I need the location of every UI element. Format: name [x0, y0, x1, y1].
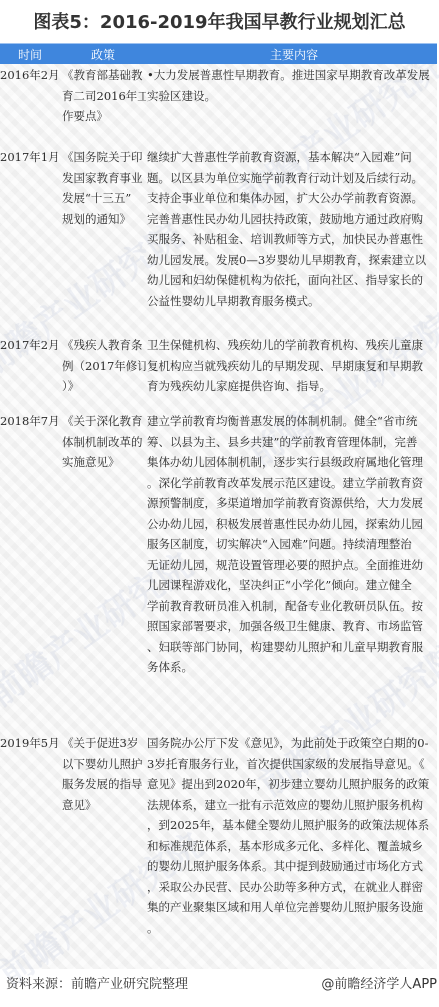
cell-time: 2016年2月 [0, 65, 60, 86]
content-line: 公办幼儿园，积极发展普惠性民办幼儿园，探索幼儿园 [147, 514, 431, 535]
policy-line: 服务发展的指导 [62, 774, 146, 795]
policy-line: 《教育部基础教 [62, 65, 146, 86]
policy-line: 作要点》 [62, 106, 146, 127]
source-note: 资料来源：前瞻产业研究院整理 [6, 973, 188, 992]
cell-policy: 《残疾人教育条 例（2017年修订 ）》 [62, 335, 146, 397]
content-line: 集体办幼儿园体制机制，逐步实行县级政府属地化管理 [147, 452, 431, 473]
footer: 资料来源：前瞻产业研究院整理 @前瞻经济学人APP [0, 973, 439, 993]
content-line: 的婴幼儿照护服务体系。其中提到鼓励通过市场化方式 [147, 856, 431, 877]
policy-line: 发国家教育事业 [62, 168, 146, 189]
policy-line: ）》 [62, 376, 146, 397]
cell-time: 2019年5月 [0, 733, 60, 754]
cell-content: 继续扩大普惠性学前教育资源，基本解决“入园难”问 题。以区县为单位实施学前教育行… [147, 147, 431, 311]
content-line: 买服务、补贴租金、培训教师等方式，加快民办普惠性 [147, 229, 431, 250]
content-line: 照国家部署要求，加强各级卫生健康、教育、市场监管 [147, 616, 431, 637]
content-line: 。深化学前教育改革发展示范区建设。建立学前教育资 [147, 473, 431, 494]
content-line: 完善普惠性民办幼儿园扶持政策，鼓励地方通过政府购 [147, 209, 431, 230]
content-line: 集的产业聚集区域和用人单位完善婴幼儿照护服务设施 [147, 897, 431, 918]
content-line: 复机构应当就残疾幼儿的早期发现、早期康复和早期教 [147, 356, 431, 377]
cell-time: 2017年2月 [0, 335, 60, 356]
content-line: 服务区制度，切实解决“入园难”问题。持续清理整治 [147, 534, 431, 555]
cell-policy: 《关于促进3岁 以下婴幼儿照护 服务发展的指导 意见》 [62, 733, 146, 815]
content-line: 务体系。 [147, 657, 431, 678]
content-line: 公益性婴幼儿早期教育服务模式。 [147, 291, 431, 312]
content-line: 儿园课程游戏化，坚决纠正“小学化”倾向。建立健全 [147, 575, 431, 596]
content-line: ，采取公办民营、民办公助等多种方式，在就业人群密 [147, 877, 431, 898]
cell-time: 2017年1月 [0, 147, 60, 168]
policy-line: 以下婴幼儿照护 [62, 754, 146, 775]
content-line: 幼儿园和妇幼保健机构为依托，面向社区、指导家长的 [147, 270, 431, 291]
content-line: 筹、以县为主、县乡共建”的学前教育管理体制，完善 [147, 432, 431, 453]
table-header: 时间 政策 主要内容 [0, 43, 437, 64]
policy-line: 意见》 [62, 795, 146, 816]
cell-policy: 《教育部基础教 育二司2016年工 作要点》 [62, 65, 146, 127]
content-line: 卫生保健机构、残疾幼儿的学前教育机构、残疾儿童康 [147, 335, 431, 356]
policy-line: 《关于促进3岁 [62, 733, 146, 754]
policy-line: 《国务院关于印 [62, 147, 146, 168]
cell-time: 2018年7月 [0, 411, 60, 432]
content-line: 育为残疾幼儿家庭提供咨询、指导。 [147, 376, 431, 397]
policy-line: 实施意见》 [62, 452, 146, 473]
content-line: 3岁托育服务行业，首次提供国家级的发展指导意见。《 [147, 754, 431, 775]
policy-line: 育二司2016年工 [62, 86, 146, 107]
content-line: 意见》提出到2020年，初步建立婴幼儿照护服务的政策 [147, 774, 431, 795]
cell-content: 卫生保健机构、残疾幼儿的学前教育机构、残疾儿童康 复机构应当就残疾幼儿的早期发现… [147, 335, 431, 397]
content-line: 继续扩大普惠性学前教育资源，基本解决“入园难”问 [147, 147, 431, 168]
content-line: •大力发展普惠性早期教育。推进国家早期教育改革发展 [147, 65, 431, 86]
content-line: 实验区建设。 [147, 86, 431, 107]
cell-content: •大力发展普惠性早期教育。推进国家早期教育改革发展 实验区建设。 [147, 65, 431, 106]
content-line: 建立学前教育均衡普惠发展的体制机制。健全“省市统 [147, 411, 431, 432]
content-line: 支持企事业单位和集体办园，扩大公办学前教育资源。 [147, 188, 431, 209]
content-line: 。 [147, 918, 431, 939]
content-line: ，到2025年，基本健全婴幼儿照护服务的政策法规体系 [147, 815, 431, 836]
column-header-time: 时间 [18, 46, 42, 63]
policy-line: 规划的通知》 [62, 209, 146, 230]
column-header-content: 主要内容 [270, 46, 318, 63]
cell-policy: 《国务院关于印 发国家教育事业 发展“十三五” 规划的通知》 [62, 147, 146, 229]
content-line: 无证幼儿园，规范设置管理必要的照护点。全面推进幼 [147, 555, 431, 576]
policy-line: 体制机制改革的 [62, 432, 146, 453]
cell-content: 国务院办公厅下发《意见》，为此前处于政策空白期的0- 3岁托育服务行业，首次提供… [147, 733, 431, 938]
content-line: 题。以区县为单位实施学前教育行动计划及后续行动。 [147, 168, 431, 189]
policy-line: 《关于深化教育 [62, 411, 146, 432]
content-line: 和标准规范体系，基本形成多元化、多样化、覆盖城乡 [147, 836, 431, 857]
chart-title: 图表5：2016-2019年我国早教行业规划汇总 [0, 8, 439, 34]
content-line: 源预警制度，多渠道增加学前教育资源供给，大力发展 [147, 493, 431, 514]
content-line: 国务院办公厅下发《意见》，为此前处于政策空白期的0- [147, 733, 431, 754]
credit-note: @前瞻经济学人APP [321, 973, 437, 992]
cell-policy: 《关于深化教育 体制机制改革的 实施意见》 [62, 411, 146, 473]
column-header-policy: 政策 [91, 46, 115, 63]
policy-line: 例（2017年修订 [62, 356, 146, 377]
content-line: 学前教育教研员准入机制，配备专业化教研员队伍。按 [147, 596, 431, 617]
policy-table: 前瞻产业研究院 前瞻产业研究院 前瞻产业研究院 前瞻产业研究院 前瞻产业研究院 … [0, 43, 437, 969]
policy-line: 发展“十三五” [62, 188, 146, 209]
content-line: 、妇联等部门协同，构建婴幼儿照护和儿童早期教育服 [147, 637, 431, 658]
cell-content: 建立学前教育均衡普惠发展的体制机制。健全“省市统 筹、以县为主、县乡共建”的学前… [147, 411, 431, 678]
content-line: 幼儿园发展。发展0—3岁婴幼儿早期教育，探索建立以 [147, 250, 431, 271]
policy-line: 《残疾人教育条 [62, 335, 146, 356]
content-line: 法规体系，建立一批有示范效应的婴幼儿照护服务机构 [147, 795, 431, 816]
